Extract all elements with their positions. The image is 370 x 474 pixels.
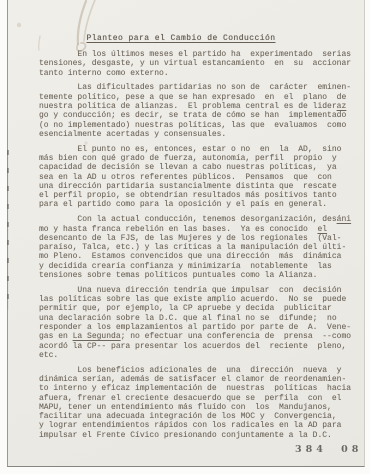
- document-body: En los últimos meses el partido ha exper…: [39, 50, 352, 446]
- text-segment: mo y hasta franca rebelión en las bases.…: [39, 225, 317, 234]
- paragraph: Las dificultades partidarias no son de c…: [39, 83, 352, 139]
- underlined-text: áni: [337, 215, 351, 224]
- paragraph: Los beneficios adicionales de una direcc…: [39, 366, 352, 440]
- underlined-text: az: [337, 102, 347, 111]
- paragraph: Con la actual conducción, tenemos desorg…: [39, 215, 352, 280]
- text-segment: Con la actual conducción, tenemos desorg…: [39, 215, 337, 224]
- paragraph: Una nueva dirección tendría que impulsar…: [39, 286, 352, 360]
- paragraph: El punto no es, entonces, estar o no en …: [39, 145, 352, 210]
- page-number-stamp: 384 08: [295, 444, 362, 455]
- scanned-document-page: Planteo para el Cambio de Conducción En …: [0, 0, 370, 474]
- underlined-text: el: [317, 225, 327, 234]
- paragraph: En los últimos meses el partido ha exper…: [39, 50, 352, 78]
- text-segment: En los últimos meses el partido ha exper…: [39, 50, 351, 78]
- underlined-text: La Segunda: [73, 332, 121, 341]
- text-segment: desencanto de la FJS, de las Mujeres y d…: [39, 234, 346, 280]
- text-segment: go y conducción; es decir, se trata de c…: [39, 111, 346, 139]
- text-segment: El punto no es, entonces, estar o no en …: [39, 145, 341, 210]
- text-segment: Los beneficios adicionales de una direcc…: [39, 366, 351, 440]
- document-title: Planteo para el Cambio de Conducción: [0, 34, 362, 43]
- text-segment: Las dificultades partidarias no son de c…: [39, 83, 351, 111]
